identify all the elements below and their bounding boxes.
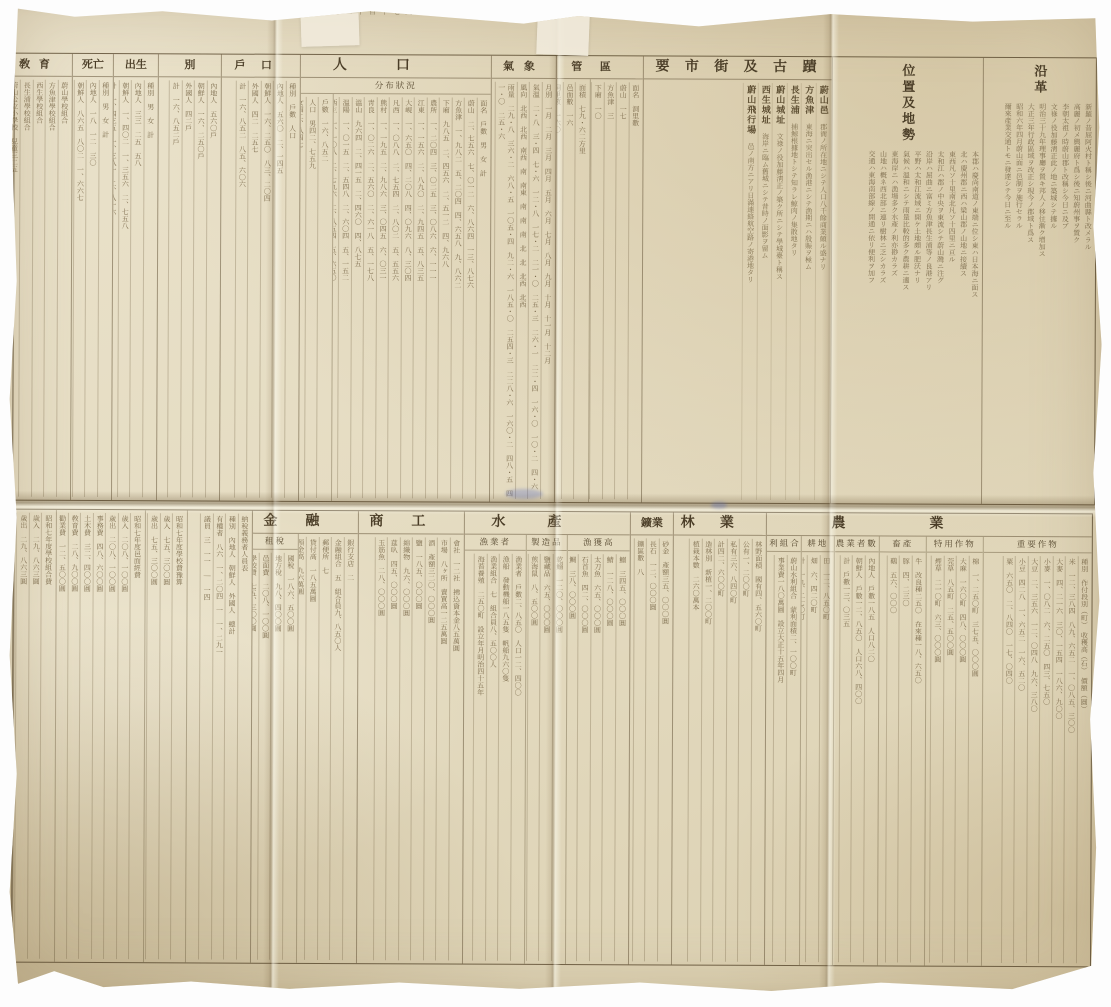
agriculture-crops: 重要作物 種別 作付段別（町） 收穫高（石） 價額（圓）米 一二、三八四 八九、…: [981, 537, 1092, 966]
crops-columns: 種別 作付段別（町） 收穫高（石） 價額（圓）米 一二、三八四 八九、六五二 一…: [982, 553, 1092, 966]
table-column: 邑面數 一六: [561, 82, 575, 499]
table-column: 事業費一八〇萬圓 設立大正十五年四月: [772, 555, 786, 962]
table-column: 勸業費 一二、五〇〇圓: [55, 513, 68, 959]
school-levy-budget: 昭和七年度學校費豫算歲入 七五、三〇〇圓歲出 七五、三〇〇圓: [143, 510, 187, 962]
district-columns: 面名 洞里數蔚山 一七方魚津 三下廂 一〇農所 一四江東 一五大峴 一二凡西 一…: [589, 79, 643, 502]
taxpayer-table: 納稅義務者人員表種別 內地人 朝鮮人 外國人 總計有權者 八六 一、二〇四 一 …: [185, 510, 252, 962]
table-column: 蔚山 二、七五六 七、〇一二 六、八六四 一三、八七六: [462, 98, 476, 499]
table-column: 金融組合 五 組合員九、八五〇人: [329, 537, 343, 960]
table-column: 邑面費 二〇八、一〇〇圓: [257, 553, 271, 960]
table-column: 造林別 新植一、二〇〇町: [699, 539, 713, 962]
agriculture-farmland: 耕地 田 一二、八五〇町畑 六、四二〇町計 一九、二七〇町: [799, 536, 834, 965]
school-association-columns: 昭和七年度學校組合費歲入 二九、八六三圓歲出 二九、八六三圓: [13, 510, 56, 962]
landmark-entry: 蔚山飛行場 邑ノ南方ニアリ日滿連絡航空路ノ寄港地タリ: [741, 83, 757, 500]
table-column: 會社 一二社 拂込資本金八五萬圓: [447, 538, 461, 961]
tape-repair: [536, 12, 590, 56]
landmark-description: 捕鯨根據地トシテ知ラレ鯨肉ノ集散地タリ: [790, 123, 799, 256]
table-column: 種別 作付段別（町） 收穫高（石） 價額（圓）: [1075, 556, 1089, 963]
table-column: 大峴 一、六五〇 四、二〇八 四、〇九六 八、三〇四: [400, 97, 414, 498]
mining-table: 砂金 產額三五、〇〇〇圓長石 一二、〇〇〇圓鑛區數 八: [629, 535, 673, 964]
landmark-entry: 蔚山城址 文祿ノ役加藤淸正ノ築ク所ニシテ學城臺ト稱ス: [770, 83, 786, 500]
section-agriculture: 農業 重要作物 種別 作付段別（町） 收穫高（石） 價額（圓）米 一二、三八四 …: [764, 513, 1092, 966]
catch-columns: 鰯 三四五、〇〇〇圓鯖 一二八、〇〇〇圓太刀魚 六五、〇〇〇圓石首魚 四二、〇〇…: [566, 551, 630, 964]
table-column: 計 戶數一三、〇三五: [837, 555, 851, 962]
landmark-entry: 長生浦 捕鯨根據地トシテ知ラレ鯨肉ノ集散地タリ: [785, 83, 801, 500]
table-column: 下廂 九八五 二、四五六 二、五一二 四、九六八: [437, 97, 451, 498]
agriculture-farmers: 農業者數 內地人 戶數一八五 人口八二〇朝鮮人 戶數一二、八五〇 人口六八、四〇…: [832, 536, 879, 965]
table-column: 田 一二、八五〇町: [817, 555, 831, 962]
table-column: 乾鰯 一二〇、〇〇〇圓: [550, 554, 564, 961]
upper-table: 沿革 新羅ノ昔屈阿火村ト稱シ後ニ河曲縣ト改メラル高麗ノ初メ興麗府ト爲シ後ニ知蔚州…: [12, 53, 1097, 506]
agriculture-livestock: 畜產 牛 改良種二五〇 在來種一八、六五〇豚 四、二三〇鷄 五六、〇〇〇: [877, 536, 926, 965]
text-line: 北ハ慶州郡ニ西ハ梁山郡ノ山地ニ接續ス: [956, 151, 969, 501]
commerce-table: 會社 一二社 拂込資本金八五萬圓市場 八ヶ所 賣買高一二五萬圓酒 產額三二〇、〇…: [357, 534, 464, 963]
section-education: 敎育 蔚山學校組合方魚津學校組合西生學校組合長生浦學校組合蔚山公立小學校 兒童三…: [3, 54, 72, 500]
landmark-name: 長生浦: [790, 85, 800, 115]
table-column: 外國人 四二戶: [180, 80, 194, 497]
table-column: 蔚山 一七: [614, 82, 628, 499]
forestry-table: 林野面積 國有四、五六〇町公有一、二〇〇町私有三六、八四〇町計四二、六〇〇町造林…: [672, 536, 766, 965]
table-column: 昭和七年度學校組合費: [39, 513, 53, 959]
table-column: 內地人 三三 二五 五八: [129, 80, 143, 497]
district-table: 面名 洞里數蔚山 一七方魚津 三下廂 一〇農所 一四江東 一五大峴 一二凡西 一…: [588, 79, 643, 502]
table-column: 朝鮮人 八六五 八〇二 一、六六七: [72, 80, 86, 497]
table-column: 有權者 八六 一、二〇四 一 一、二九一: [210, 514, 224, 960]
taxes-title: 租稅: [253, 534, 298, 550]
table-column: 棉 一、二五〇町 三七五、〇〇〇圓: [966, 556, 980, 963]
products-title: 製造品: [527, 535, 567, 551]
fisheries-products: 製造品 乾鰯 一二〇、〇〇〇圓鹽藏品 六五、〇〇〇圓煎海鼠 八、五〇〇圓: [524, 535, 567, 964]
table-column: 計四二、六〇〇町: [712, 539, 726, 962]
landmark-name: 西生城址: [761, 85, 771, 125]
school-levy-columns: 昭和七年度學校費豫算歲入 七五、三〇〇圓歲出 七五、三〇〇圓: [144, 510, 187, 962]
table-column: 雨量 二九・八 三六・二 六八・五 一〇五・四 九二・六 一八五・〇 二五四・三…: [493, 82, 517, 499]
landmark-name: 蔚山城址: [775, 85, 785, 125]
document-sheet: （一平方里ニ付二千百十七人） 沿革 新羅ノ昔屈阿火村ト稱シ後ニ河曲縣ト改メラル高…: [5, 5, 1104, 996]
section-location: 位置及地勢 本郡ハ慶尚南道ノ東端ニ位シ東ハ日本海ニ面ス北ハ慶州郡ニ西ハ梁山郡ノ山…: [830, 57, 983, 504]
deaths-table: 種別 男 女 計內地人 一八 一二 三〇朝鮮人 八六五 八〇二 一、六六七計 八…: [71, 77, 113, 500]
table-column: 市場 八ヶ所 賣買高一二五萬圓: [435, 537, 449, 960]
text-line: 本郡ハ慶尚南道ノ東端ニ位シ東ハ日本海ニ面ス: [968, 151, 981, 501]
table-column: 煙草 二一〇町 六三、〇〇〇圓: [929, 556, 943, 963]
text-line: 爾來產業交通トモニ發達シテ今日ニ至ル: [1000, 103, 1013, 501]
table-column: 種別 男 女 計: [142, 80, 156, 497]
table-column: 小豆 四二八 一、六五二 一六、五二〇: [1013, 556, 1027, 963]
table-column: 長生浦學校組合: [18, 80, 32, 497]
district-stats: 面積 七九・六二方里邑面數 一六洞里數 一六〇廣袤 東西一〇里 南北一四里: [555, 79, 590, 502]
population-heading: 人口: [301, 55, 491, 79]
text-line: 大正三年行政區域ヲ改正シ現今ノ郡域ト爲ス: [1023, 103, 1036, 501]
table-column: 戶數 一六、八五二: [316, 97, 330, 498]
livestock-title: 畜產: [880, 536, 926, 552]
births-table: 種別 男 女 計內地人 三三 二五 五八朝鮮人 一、四〇二 一、三五六 二、七五…: [112, 77, 158, 500]
table-column: 農所 一、二〇四 三、〇二五 三、〇八六 六、一一一: [425, 97, 439, 498]
section-commerce: 商工 會社 一二社 拂込資本金八五萬圓市場 八ヶ所 賣買高一二五萬圓酒 產額三二…: [356, 511, 464, 963]
table-column: 歲入 二〇八、一〇〇圓: [116, 513, 130, 959]
table-column: 郵便所 七: [316, 537, 330, 960]
text-line: 東海岸ニハ漁場多ク水產ノ利亦尠カラズ: [887, 150, 900, 500]
table-column: 蔚山公立小學校 兒童三二五: [6, 80, 20, 497]
table-column: 歲出 七五、三〇〇圓: [145, 513, 159, 959]
population-total-columns: 戶數 一六、八五二人口 男四二、七五九女四二、八四七計八五、六〇六: [299, 94, 332, 501]
education-heading: 敎育: [6, 54, 72, 77]
finance-institutions: 銀行支店 二金融組合 五 組合員九、八五〇人郵便所 七貸付高 一八五萬圓預金高 …: [296, 534, 358, 963]
landmark-description: 郡衙ノ所在地ニシテ人口八千餘商業頗ル盛ナリ: [819, 123, 828, 270]
table-column: 方魚津學校組合: [43, 80, 57, 497]
tape-repair: [301, 13, 360, 47]
section-deaths: 死亡 種別 男 女 計內地人 一八 一二 三〇朝鮮人 八六五 八〇二 一、六六七…: [70, 54, 113, 500]
table-column: 太刀魚 六五、〇〇〇圓: [588, 554, 602, 961]
weather-table: 月別 一月 二月 三月 四月 五月 六月 七月 八月 九月 十月 十一月 十二月…: [490, 79, 556, 502]
fisheries-heading: 水產: [465, 512, 630, 536]
location-text: 本郡ハ慶尚南道ノ東端ニ位シ東ハ日本海ニ面ス北ハ慶州郡ニ西ハ梁山郡ノ山地ニ接續ス東…: [831, 147, 983, 504]
landmark-entry: 西生城址 海岸ニ臨ム舊城ニシテ昔時ノ面影ヲ留ム: [756, 83, 772, 500]
table-column: 莚叺 四五、〇〇〇圓: [385, 537, 399, 960]
table-column: 長石 一二、〇〇〇圓: [644, 538, 658, 961]
category-table: 內地人 五六〇戶朝鮮人 一六、二五〇戶外國人 四二戶計 一六、八五二戶: [157, 77, 221, 500]
table-column: 計 一六、八五二 八五、六〇六: [234, 81, 248, 498]
landmark-name: 方魚津: [804, 85, 814, 115]
section-local-budgets: 納稅義務者人員表種別 內地人 朝鮮人 外國人 總計有權者 八六 一、二〇四 一 …: [12, 510, 252, 963]
finance-heading: 金融: [253, 511, 358, 534]
landmarks-list: 蔚山邑 郡衙ノ所在地ニシテ人口八千餘商業頗ル盛ナリ 方魚津 東海ニ突出セル漁港ニ…: [642, 79, 832, 503]
finance-taxes: 租稅 國稅 一八六、五〇〇圓地方稅 九八、四〇〇圓邑面費 二〇八、一〇〇圓學校費…: [251, 534, 298, 963]
table-column: 月別 一月 二月 三月 四月 五月 六月 七月 八月 九月 十月 十一月 十二月: [540, 82, 554, 499]
table-column: 鹽 一八五、〇〇〇圓: [410, 537, 424, 960]
table-column: 溫陽 一、〇一五 二、五四八 二、六〇四 五、一五二: [337, 97, 351, 498]
fisheries-operators: 漁業者 漁業者 戶數二、八五〇 人口一二、四〇〇漁船 發動機船一八五隻 帆船九六…: [463, 535, 526, 964]
commerce-heading: 商工: [359, 511, 464, 534]
fisheries-catch: 漁獲高 鰯 三四五、〇〇〇圓鯖 一二八、〇〇〇圓太刀魚 六五、〇〇〇圓石首魚 四…: [565, 535, 630, 964]
section-births: 出生 種別 男 女 計內地人 三三 二五 五八朝鮮人 一、四〇二 一、三五六 二…: [111, 54, 158, 500]
table-column: 砂金 產額三五、〇〇〇圓: [656, 538, 670, 961]
taxpayer-columns: 納稅義務者人員表種別 內地人 朝鮮人 外國人 總計有權者 八六 一、二〇四 一 …: [186, 510, 252, 962]
education-table: 蔚山學校組合方魚津學校組合西生學校組合長生浦學校組合蔚山公立小學校 兒童三二五方…: [4, 77, 72, 500]
landmark-description: 海岸ニ臨ム舊城ニシテ昔時ノ面影ヲ留ム: [761, 133, 770, 259]
table-column: 大麥 四、二一六 三〇、一五四 一八六、九〇〇: [1050, 556, 1064, 963]
table-column: 昭和七年度邑面經費: [128, 513, 142, 959]
text-line: 交通ハ東海南部線ノ開通ニ依リ便利ヲ加フ: [864, 150, 877, 500]
table-column: 凡西 一、〇八八 二、七五四 二、八〇二 五、五五六: [387, 97, 401, 498]
table-column: 歲出 二九、八六三圓: [14, 513, 28, 959]
forestry-heading: 林業: [674, 513, 766, 536]
agriculture-irrigation: 水利組合 蔚山水利組合 蒙利面積二、一〇〇町事業費一八〇萬圓 設立大正十五年四月: [765, 536, 801, 965]
households-heading: 戶口: [222, 55, 300, 78]
section-weather: 氣象 月別 一月 二月 三月 四月 五月 六月 七月 八月 九月 十月 十一月 …: [489, 56, 556, 502]
table-column: 私有三六、八四〇町: [724, 539, 738, 962]
catch-title: 漁獲高: [568, 535, 630, 551]
landmark-name: 蔚山飛行場: [746, 85, 756, 135]
population-distribution-table: 面名 戶數 男 女 計蔚山 二、七五六 七、〇一二 六、八六四 一三、八七六方魚…: [330, 94, 490, 502]
table-column: 粟 六五〇 二、八四〇 一七、〇四〇: [1000, 556, 1014, 963]
special-crops-columns: 棉 一、二五〇町 三七五、〇〇〇圓大麻 一六〇町 四八、〇〇〇圓莞草 八五町 二…: [925, 553, 983, 966]
section-category: 別 內地人 五六〇戶朝鮮人 一六、二五〇戶外國人 四二戶計 一六、八五二戶: [156, 54, 221, 500]
table-column: 小麥 一、〇八二 六、二五〇 四三、七五〇: [1038, 556, 1052, 963]
table-column: 豚 四、二三〇: [897, 556, 911, 963]
table-column: 種別 男 女 計: [97, 80, 111, 497]
landmark-entry: 蔚山邑 郡衙ノ所在地ニシテ人口八千餘商業頗ル盛ナリ: [814, 83, 830, 500]
table-column: 林野面積 國有四、五六〇町: [749, 539, 763, 962]
table-column: 西生學校組合: [31, 80, 45, 497]
table-column: 方魚津 一、九八二 五、二〇四 四、六五八 九、八六二: [450, 98, 464, 499]
section-fisheries: 水產 漁獲高 鰯 三四五、〇〇〇圓鯖 一二八、〇〇〇圓太刀魚 六五、〇〇〇圓石首…: [462, 512, 630, 965]
table-column: 國稅 一八六、五〇〇圓: [282, 553, 296, 960]
table-column: 內地人 五六〇戶: [205, 80, 219, 497]
table-column: 內地人 戶數一八五 人口八二〇: [862, 555, 876, 962]
table-column: 漁業者 戶數二、八五〇 人口一二、四〇〇: [509, 554, 523, 961]
text-line: 平野ハ太和江流域ニ開ケ土地頗ル肥沃ナリ: [910, 151, 923, 501]
history-text: 新羅ノ昔屈阿火村ト稱シ後ニ河曲縣ト改メラル高麗ノ初メ興麗府ト爲シ後ニ知蔚州事ヲ置…: [982, 100, 1096, 504]
table-column: 方魚津 三: [602, 82, 616, 499]
table-column: 鹽藏品 六五、〇〇〇圓: [538, 554, 552, 961]
text-line: 昭和六年四月蔚山面ニ邑制ヲ施行セラル: [1012, 103, 1025, 501]
irrigation-columns: 蔚山水利組合 蒙利面積二、一〇〇町事業費一八〇萬圓 設立大正十五年四月: [765, 552, 801, 965]
table-column: 牛 改良種二五〇 在來種一八、六五〇: [909, 556, 923, 963]
agriculture-heading: 農業: [767, 513, 1092, 537]
school-association-budget: 昭和七年度學校組合費歲入 二九、八六三圓歲出 二九、八六三圓: [13, 510, 56, 962]
table-column: 歲出 二〇八、一〇〇圓: [103, 513, 117, 959]
table-column: 氣溫 二・八 三・四 七・六 一二・八 一七・二 二一・〇 二五・三 二六・一 …: [527, 82, 541, 499]
table-column: 地方稅 九八、四〇〇圓: [269, 553, 283, 960]
ink-smudge: [711, 502, 727, 509]
farmland-title: 耕地: [802, 536, 834, 552]
category-heading: 別: [159, 54, 221, 77]
table-column: 朝鮮人 一六、二五〇 八三、二〇四: [259, 81, 273, 498]
table-column: 面積 七九・六二方里: [573, 82, 587, 499]
landmark-description: 邑ノ南方ニアリ日滿連絡航空路ノ寄港地タリ: [746, 143, 755, 283]
table-column: 貸付高 一八五萬圓: [304, 537, 318, 960]
products-columns: 乾鰯 一二〇、〇〇〇圓鹽藏品 六五、〇〇〇圓煎海鼠 八、五〇〇圓: [525, 551, 567, 964]
table-column: 漁業組合 七 組合員八、五〇〇人: [484, 554, 498, 961]
text-line: 沿岸ハ屈曲ニ富ミ方魚津長生浦等ノ良港アリ: [922, 151, 935, 501]
table-column: 熊村 一、一九五 二、九八六 三、〇四五 六、〇三一: [375, 97, 389, 498]
births-heading: 出生: [114, 54, 158, 77]
text-line: 李朝太祖ノ時蔚山郡ト改稱シ今日ニ及ブ: [1057, 103, 1070, 501]
landmark-entry: 方魚津 東海ニ突出セル漁港ニシテ漁期ニハ殷賑ヲ極ム: [799, 83, 815, 500]
landmark-description: 東海ニ突出セル漁港ニシテ漁期ニハ殷賑ヲ極ム: [805, 123, 814, 270]
section-district: 管區 面名 洞里數蔚山 一七方魚津 三下廂 一〇農所 一四江東 一五大峴 一二凡…: [554, 56, 643, 502]
table-column: 人口 男四二、七五九: [304, 97, 318, 498]
text-line: 新羅ノ昔屈阿火村ト稱シ後ニ河曲縣ト改メラル: [1080, 103, 1093, 501]
table-column: 石首魚 四二、〇〇〇圓: [576, 554, 590, 961]
table-column: 方魚津公立小學校 二八六: [4, 80, 7, 497]
farmers-columns: 內地人 戶數一八五 人口八二〇朝鮮人 戶數一二、八五〇 人口六八、四〇〇計 戶數…: [833, 552, 879, 965]
photograph-background: （一平方里ニ付二千百十七人） 沿革 新羅ノ昔屈阿火村ト稱シ後ニ河曲縣ト改メラル高…: [0, 0, 1111, 1007]
table-column: 綿織物 九六、〇〇〇圓: [397, 537, 411, 960]
taxes-columns: 國稅 一八六、五〇〇圓地方稅 九八、四〇〇圓邑面費 二〇八、一〇〇圓學校費 七五…: [251, 550, 298, 963]
table-column: 種別 內地人 朝鮮人 外國人 總計: [223, 514, 237, 960]
table-column: 下廂 一〇: [589, 82, 603, 499]
table-column: 種別 戶數 人口: [284, 81, 298, 498]
irrigation-title: 水利組合: [767, 536, 801, 552]
text-line: 東西凡ソ十里南北凡ソ十四里ニ亘ル: [945, 151, 958, 501]
table-column: 大豆 二、三五六 一二、〇四八 九六、三八〇: [1025, 556, 1039, 963]
section-finance: 金融 銀行支店 二金融組合 五 組合員九、八五〇人郵便所 七貸付高 一八五萬圓預…: [250, 511, 358, 963]
table-column: 內地人 五六〇 二、一四五: [271, 81, 285, 498]
finance-columns: 銀行支店 二金融組合 五 組合員九、八五〇人郵便所 七貸付高 一八五萬圓預金高 …: [297, 534, 358, 963]
households-table: 種別 戶數 人口內地人 五六〇 二、一四五朝鮮人 一六、二五〇 八三、二〇四外國…: [220, 78, 300, 501]
table-column: 海苔養殖 二五〇町 設立年月明治四十五年: [472, 554, 486, 961]
section-mining: 鑛業 砂金 產額三五、〇〇〇圓長石 一二、〇〇〇圓鑛區數 八: [628, 512, 673, 964]
section-households: 戶口 種別 戶數 人口內地人 五六〇 二、一四五朝鮮人 一六、二五〇 八三、二〇…: [219, 55, 300, 501]
table-column: 朝鮮人 一六、二五〇戶: [192, 80, 206, 497]
operators-title: 漁業者: [465, 535, 526, 551]
table-column: 內地人 一八 一二 三〇: [84, 80, 98, 497]
section-forestry: 林業 林野面積 國有四、五六〇町公有一、二〇〇町私有三六、八四〇町計四二、六〇〇…: [671, 513, 766, 965]
history-heading: 沿革: [1030, 64, 1049, 96]
table-column: 大麻 一六〇町 四八、〇〇〇圓: [954, 556, 968, 963]
table-column: 風向 北西 北西 南西 南 南東 南 南 南 北 北 北西 北西: [515, 82, 529, 499]
population-columns: 面名 戶數 男 女 計蔚山 二、七五六 七、〇一二 六、八六四 一三、八七六方魚…: [331, 94, 490, 502]
table-column: 敎育費 二八、九〇〇圓: [66, 513, 80, 959]
table-column: 植栽本數 二六〇萬本: [687, 539, 701, 962]
table-column: 莞草 八五町 二五、五〇〇圓: [941, 556, 955, 963]
table-column: 溫山 九六四 二、四一五 二、四六〇 四、八七五: [350, 97, 364, 498]
table-column: 酒 產額三二〇、〇〇〇圓: [422, 537, 436, 960]
table-column: 朝鮮人 一、四〇二 一、三五六 二、七五八: [117, 80, 131, 497]
livestock-columns: 牛 改良種二五〇 在來種一八、六五〇豚 四、二三〇鷄 五六、〇〇〇: [878, 552, 926, 965]
density-note: （一平方里ニ付二千百十七人）: [129, 6, 429, 17]
text-line: 氣候ハ溫和ニシテ雨量比較的多ク農耕ニ適ス: [899, 151, 912, 501]
table-column: 外國人 四二 二五七: [246, 81, 260, 498]
table-column: 米 一二、三八四 八九、六五二 一、〇八五、三〇〇: [1063, 556, 1077, 963]
table-column: 土木費 三二、四〇〇圓: [78, 513, 92, 959]
table-column: 銀行支店 二: [341, 537, 355, 960]
text-line: 高麗ノ初メ興麗府ト爲シ後ニ知蔚州事ヲ置ク: [1069, 103, 1082, 501]
table-column: 鯛 三八、〇〇〇圓: [566, 554, 578, 961]
text-line: 明治三十九年理事廳ヲ置キ邦人ノ移住漸ク增加ス: [1034, 103, 1047, 501]
township-budget: 昭和七年度邑面經費歲入 二〇八、一〇〇圓歲出 二〇八、一〇〇圓事務費 四八、六〇…: [54, 510, 145, 962]
table-column: 煎海鼠 八、五〇〇圓: [525, 554, 539, 961]
special-crops-title: 特用作物: [927, 537, 983, 553]
table-column: 畑 六、四二〇町: [805, 555, 819, 962]
township-budget-columns: 昭和七年度邑面經費歲入 二〇八、一〇〇圓歲出 二〇八、一〇〇圓事務費 四八、六〇…: [55, 510, 145, 962]
weather-heading: 氣象: [492, 56, 556, 79]
section-history: 沿革 新羅ノ昔屈阿火村ト稱シ後ニ河曲縣ト改メラル高麗ノ初メ興麗府ト爲シ後ニ知蔚州…: [981, 58, 1096, 504]
text-line: 山地ハ概ネ西北部ニ連リ樹林ニ乏シカラズ: [876, 150, 889, 500]
table-column: 納稅義務者人員表: [235, 514, 249, 960]
section-population: 人口 分布狀況 面名 戶數 男 女 計蔚山 二、七五六 七、〇一二 六、八六四 …: [298, 55, 491, 502]
farmland-columns: 田 一二、八五〇町畑 六、四二〇町計 一九、二七〇町: [800, 552, 834, 965]
table-column: 鰯 三四五、〇〇〇圓: [613, 554, 627, 961]
table-column: 歲入 七五、三〇〇圓: [158, 513, 172, 959]
district-heading: 管區: [557, 56, 643, 79]
table-column: 事務費 四八、六〇〇圓: [91, 513, 105, 959]
landmark-name: 蔚山邑: [819, 85, 829, 115]
crops-title: 重要作物: [984, 537, 1092, 553]
farmers-title: 農業者數: [835, 536, 879, 552]
lower-table: 農業 重要作物 種別 作付段別（町） 收穫高（石） 價額（圓）米 一二、三八四 …: [11, 509, 1093, 968]
district-stat-columns: 面積 七九・六二方里邑面數 一六洞里數 一六〇廣袤 東西一〇里 南北一四里: [555, 79, 590, 502]
table-column: 面名 戶數 男 女 計: [475, 98, 489, 499]
table-column: 計 一六、八五二戶: [167, 80, 181, 497]
table-column: 面名 洞里數: [627, 82, 641, 499]
table-column: 蔚山學校組合: [56, 80, 70, 497]
deaths-heading: 死亡: [73, 54, 113, 77]
table-column: 朝鮮人 戶數一二、八五〇 人口六八、四〇〇: [850, 555, 864, 962]
table-column: 公有一、二〇〇町: [737, 539, 751, 962]
population-totals: 戶數 一六、八五二人口 男四二、七五九女四二、八四七計八五、六〇六: [299, 94, 332, 501]
location-heading: 位置及地勢: [898, 63, 917, 143]
table-column: 漁船 發動機船一八五隻 帆船九六〇隻: [497, 554, 511, 961]
table-column: 江東 一、一五六 二、八九〇 二、九四五 五、八三五: [412, 97, 426, 498]
operators-columns: 漁業者 戶數二、八五〇 人口一二、四〇〇漁船 發動機船一八五隻 帆船九六〇隻漁業…: [463, 551, 526, 964]
table-column: 鑛區數 八: [631, 538, 645, 961]
section-landmarks: 主要市街及古蹟 蔚山邑 郡衙ノ所在地ニシテ人口八千餘商業頗ル盛ナリ 方魚津 東海…: [641, 56, 832, 503]
table-column: 鯖 一二八、〇〇〇圓: [601, 554, 615, 961]
ink-smudge: [505, 489, 543, 499]
table-column: 玉筋魚 二八、〇〇〇圓: [372, 537, 386, 960]
population-subheading: 分布狀況: [301, 78, 491, 95]
text-line: 太和江ハ郡ノ中央ヲ東流シテ蔚山灣ニ注グ: [933, 151, 946, 501]
table-column: 蔚山水利組合 蒙利面積二、一〇〇町: [784, 555, 798, 962]
table-column: 議員 三 一一 — 一四: [198, 513, 212, 959]
table-column: 昭和七年度學校費豫算: [170, 513, 184, 959]
landmark-description: 文祿ノ役加藤淸正ノ築ク所ニシテ學城臺ト稱ス: [775, 133, 784, 280]
table-column: 歲入 二九、八六三圓: [27, 513, 41, 959]
landmarks-heading: 主要市街及古蹟: [644, 56, 832, 80]
mining-heading: 鑛業: [631, 512, 673, 535]
table-column: 靑良 一、〇二六 二、五六〇 二、六一八 五、一七八: [362, 97, 376, 498]
table-column: 鷄 五六、〇〇〇: [884, 555, 898, 962]
agriculture-special-crops: 特用作物 棉 一、二五〇町 三七五、〇〇〇圓大麻 一六〇町 四八、〇〇〇圓莞草 …: [924, 537, 983, 966]
text-line: 文祿ノ役加藤淸正此ノ地ニ築城シテ據ル: [1046, 103, 1059, 501]
